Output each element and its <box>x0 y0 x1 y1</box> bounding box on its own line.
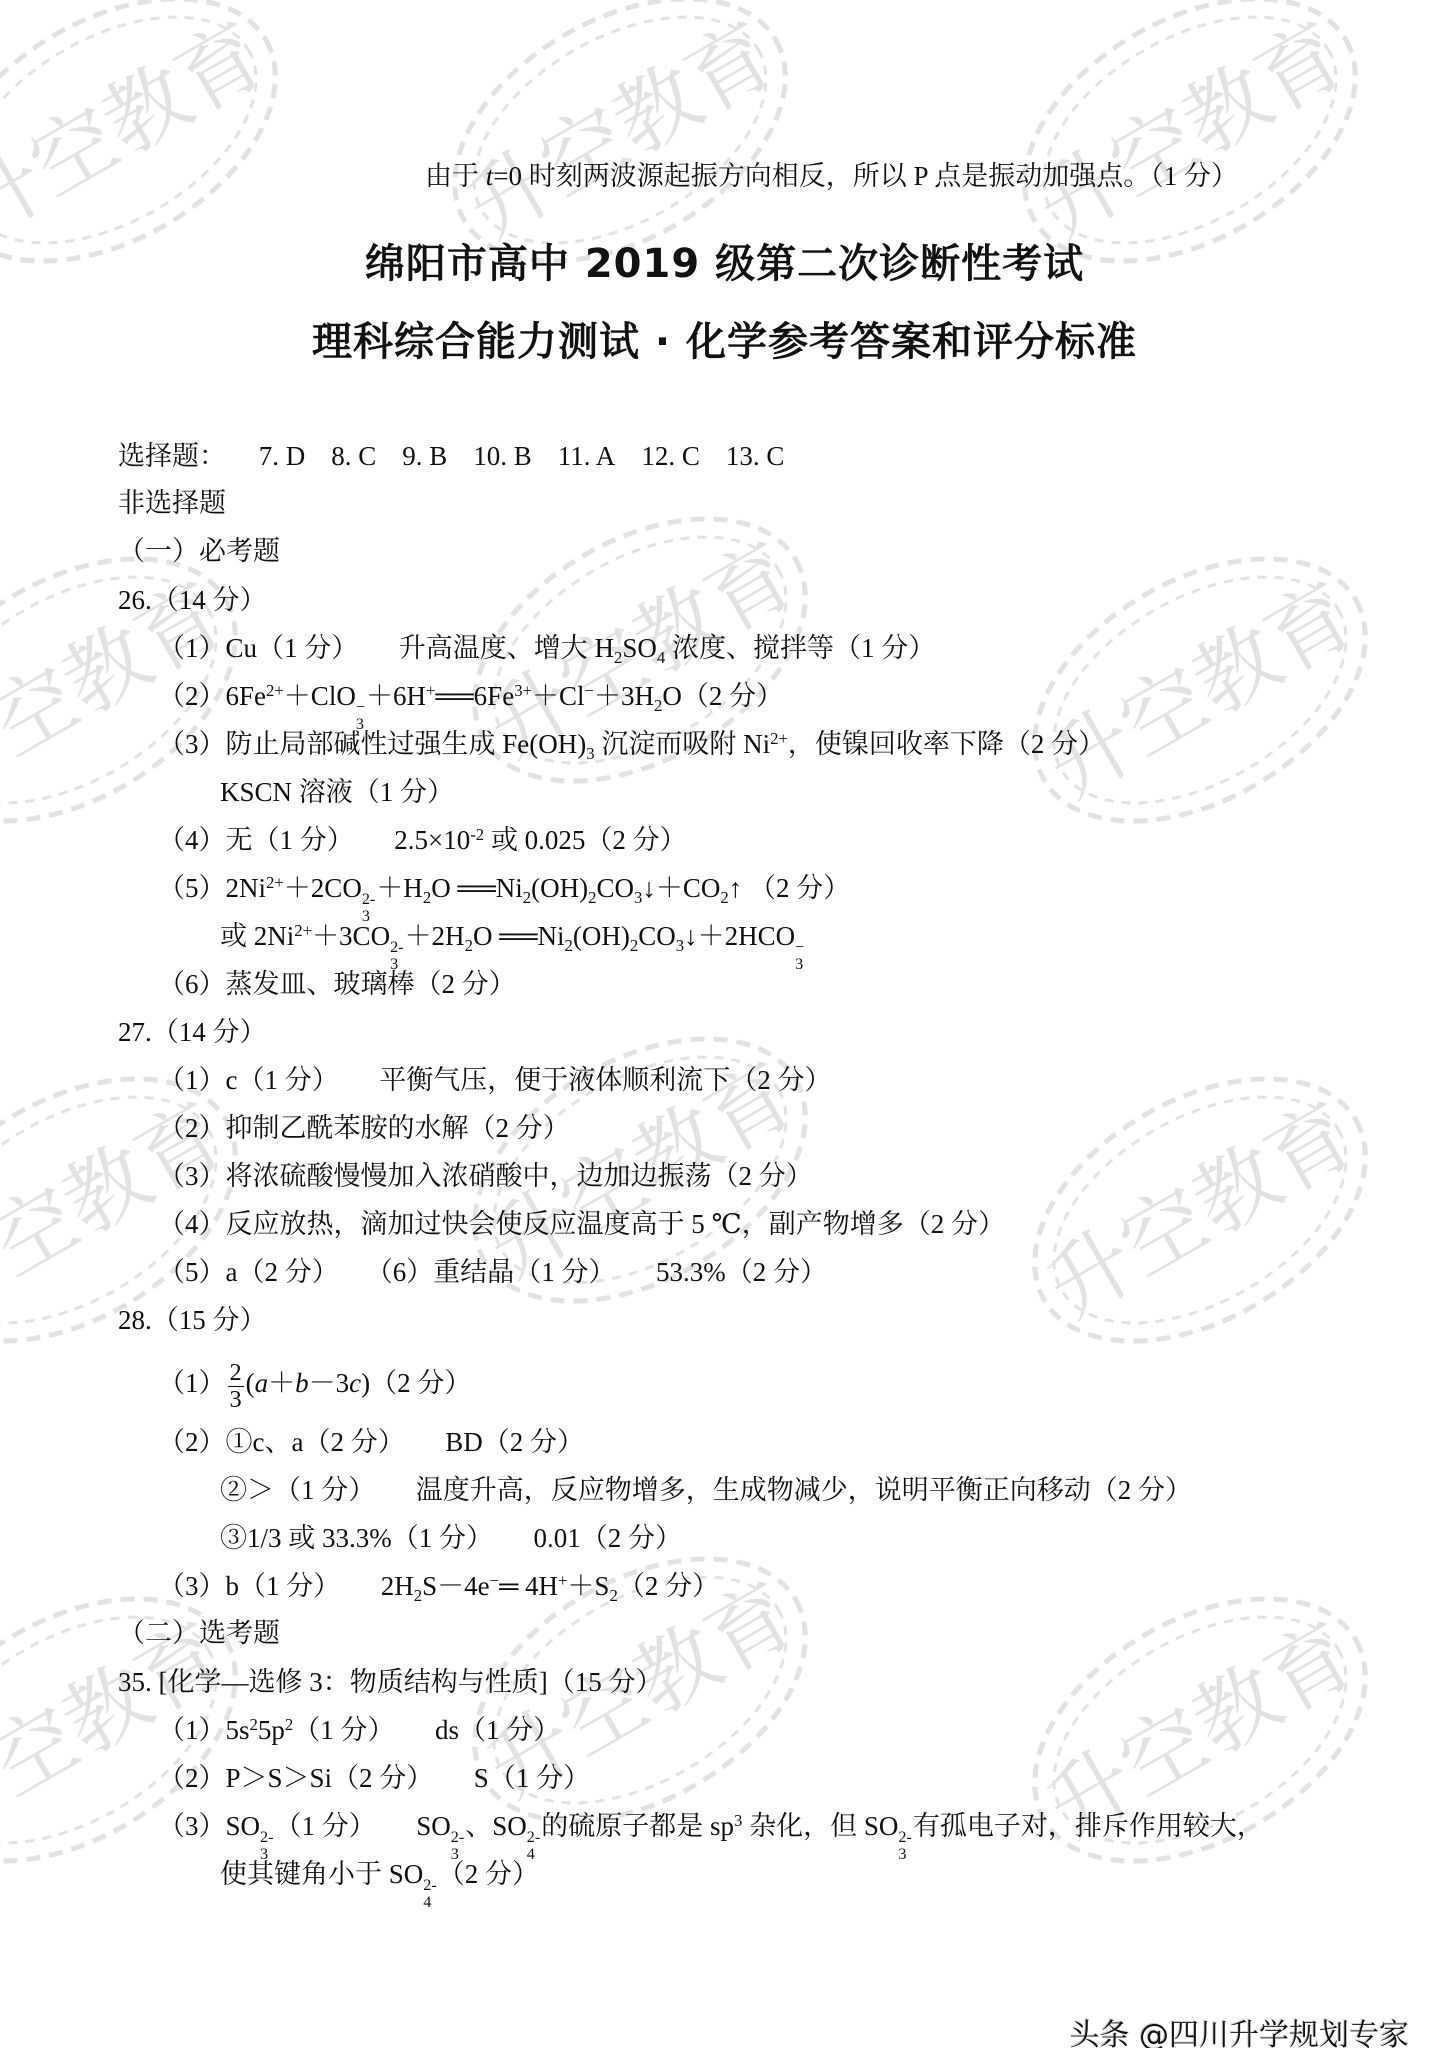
multiple-choice-list: 7. D8. C9. B10. B11. A12. C13. C <box>233 441 785 471</box>
answer-line-q27-5: （5）a（2 分） （6）重结晶（1 分） 53.3%（2 分） <box>158 1254 827 1290</box>
answer-line-q26-head: 26.（14 分） <box>118 582 267 618</box>
answer-line-q27-3: （3）将浓硫酸慢慢加入浓硝酸中，边加边振荡（2 分） <box>158 1158 813 1194</box>
choice-answer: 12. C <box>641 441 700 471</box>
answer-line-q27-1: （1）c（1 分） 平衡气压，便于液体顺利流下（2 分） <box>158 1062 831 1098</box>
answer-line-q27-head: 27.（14 分） <box>118 1014 267 1050</box>
answer-line-q28-2b: ②＞（1 分） 温度升高，反应物增多，生成物减少，说明平衡正向移动（2 分） <box>220 1472 1192 1508</box>
answer-line-q28-head: 28.（15 分） <box>118 1302 267 1338</box>
multiple-choice-answers: 选择题： 7. D8. C9. B10. B11. A12. C13. C <box>118 438 784 475</box>
answer-line-q28-3: （3）b（1 分） 2H2S－4e−═ 4H+＋S2（2 分） <box>158 1568 719 1604</box>
answer-line-q26-1: （1）Cu（1 分） 升高温度、增大 H2SO4 浓度、搅拌等（1 分） <box>158 630 935 666</box>
answer-line-q35-head: 35. [化学—选修 3：物质结构与性质]（15 分） <box>118 1664 662 1700</box>
section-heading-elective: （二）选考题 <box>118 1616 280 1652</box>
answer-line-q26-3a: （3）防止局部碱性过强生成 Fe(OH)3 沉淀而吸附 Ni2+，使镍回收率下降… <box>158 726 1105 762</box>
answer-line-q26-6: （6）蒸发皿、玻璃棒（2 分） <box>158 966 516 1002</box>
multiple-choice-label: 选择题： <box>118 441 226 472</box>
choice-answer: 7. D <box>259 441 306 471</box>
answer-line-q28-1: （1）23(a＋b－3c)（2 分） <box>158 1360 471 1412</box>
answer-line-q26-4: （4）无（1 分） 2.5×10-2 或 0.025（2 分） <box>158 822 687 858</box>
answer-line-q28-2c: ③1/3 或 33.3%（1 分） 0.01（2 分） <box>220 1520 682 1556</box>
choice-answer: 9. B <box>402 441 447 471</box>
answer-line-q26-3b: KSCN 溶液（1 分） <box>220 774 454 810</box>
choice-answer: 10. B <box>473 441 532 471</box>
source-credit: 头条 @四川升学规划专家 <box>1069 2010 1409 2048</box>
section-heading-nonchoice: 非选择题 <box>118 486 226 522</box>
choice-answer: 8. C <box>331 441 376 471</box>
answer-line-q27-4: （4）反应放热，滴加过快会使反应温度高于 5 ℃，副产物增多（2 分） <box>158 1206 1005 1242</box>
choice-answer: 13. C <box>726 441 785 471</box>
choice-answer: 11. A <box>558 441 616 471</box>
answer-line-q35-3b: 使其键角小于 SO2-4（2 分） <box>220 1856 539 1911</box>
top-note: 由于 t=0 时刻两波源起振方向相反，所以 P 点是振动加强点。（1 分） <box>425 158 1238 194</box>
answer-line-q28-2a: （2）①c、a（2 分） BD（2 分） <box>158 1424 584 1460</box>
document-title: 绵阳市高中 2019 级第二次诊断性考试 <box>0 232 1449 289</box>
answer-line-q35-2: （2）P＞S＞Si（2 分） S（1 分） <box>158 1760 590 1796</box>
answer-line-q35-1: （1）5s25p2（1 分） ds（1 分） <box>158 1712 560 1748</box>
section-heading-required: （一）必考题 <box>118 534 280 570</box>
answer-line-q27-2: （2）抑制乙酰苯胺的水解（2 分） <box>158 1110 570 1146</box>
answer-sheet: 由于 t=0 时刻两波源起振方向相反，所以 P 点是振动加强点。（1 分） 绵阳… <box>0 0 1449 2048</box>
document-subtitle: 理科综合能力测试 · 化学参考答案和评分标准 <box>0 310 1449 367</box>
